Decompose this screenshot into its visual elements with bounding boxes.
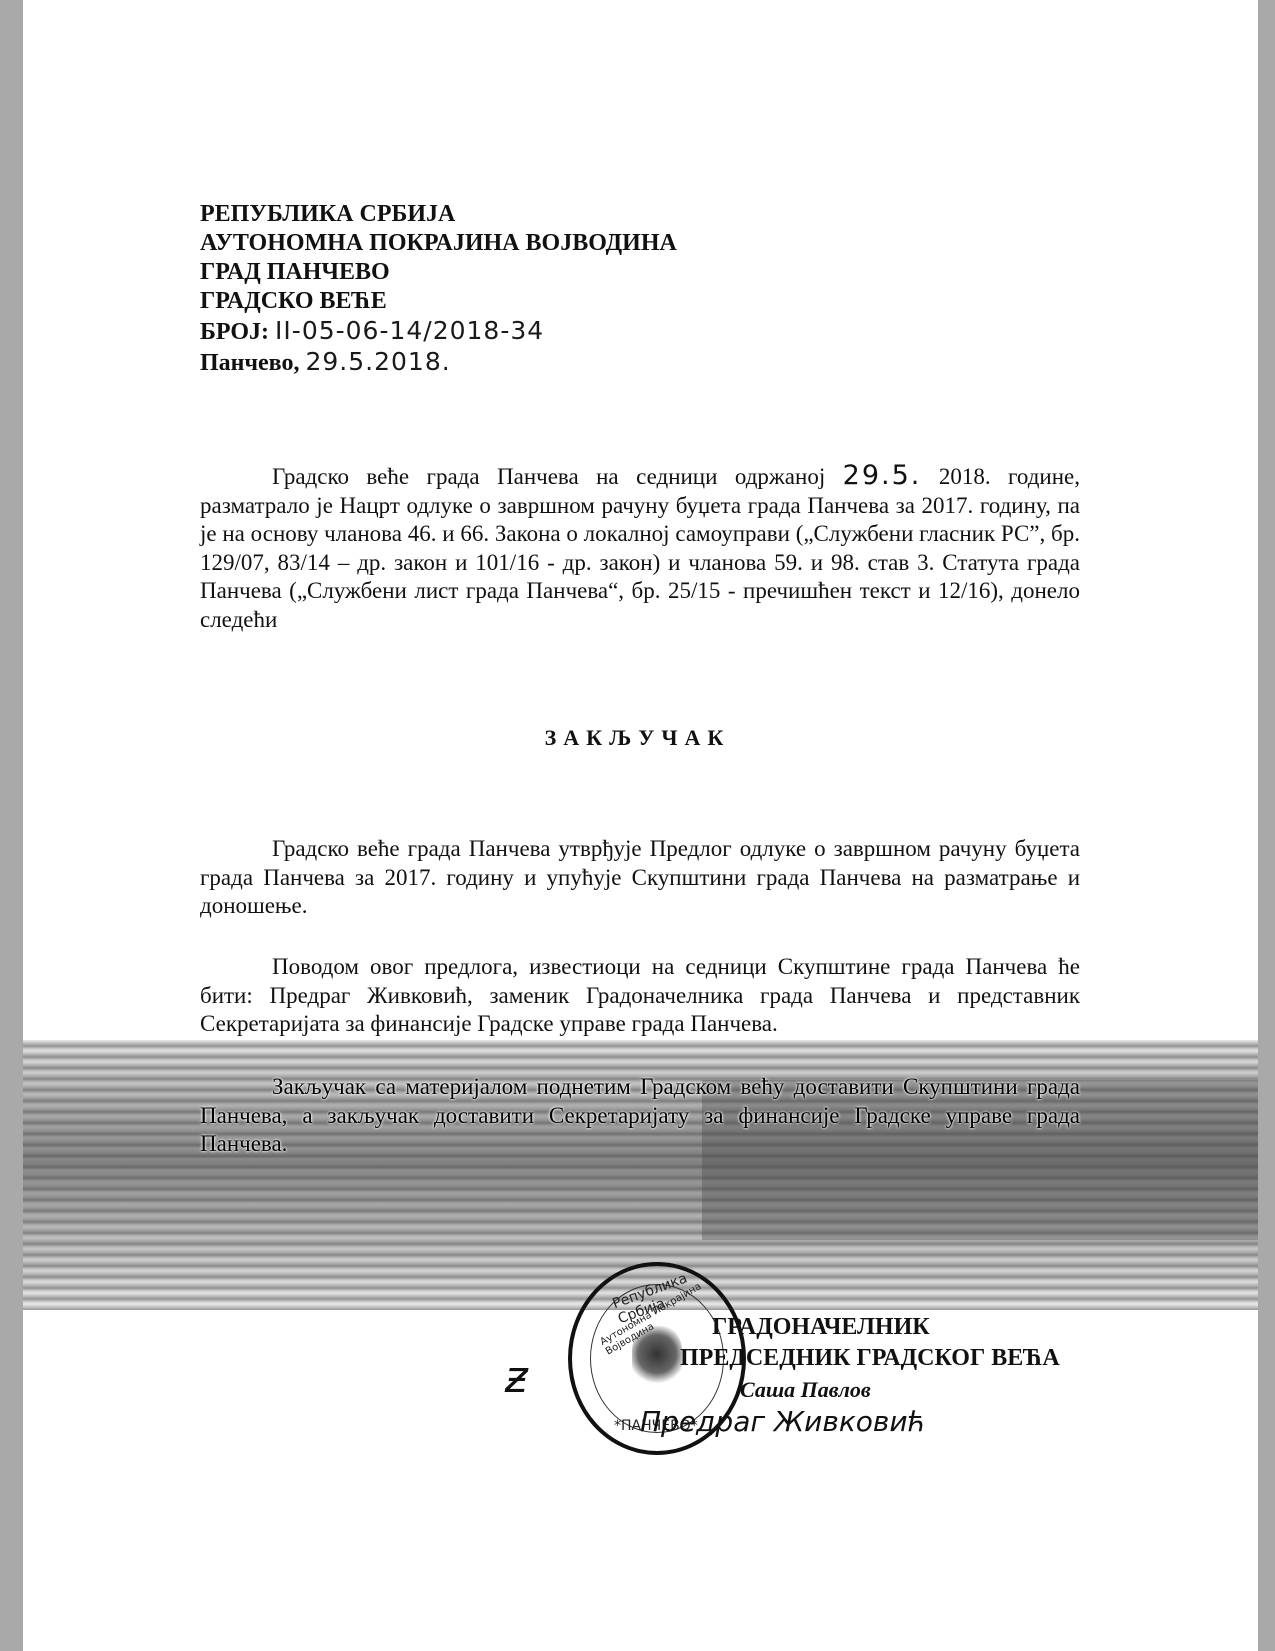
- paragraph-1: Градско веће града Панчева утврђује Пред…: [200, 835, 1080, 921]
- paragraph-3: Закључак са материјалом поднетим Градско…: [200, 1073, 1080, 1159]
- date-value: 29.5.2018.: [305, 347, 450, 376]
- header-republic: РЕПУБЛИКА СРБИЈА: [200, 200, 677, 229]
- document-title: ЗАКЉУЧАК: [0, 725, 1275, 751]
- header-council: ГРАДСКО ВЕЋЕ: [200, 287, 677, 316]
- paragraph-1-text: Градско веће града Панчева утврђује Пред…: [200, 836, 1080, 918]
- intro-after-date: 2018. године, разматрало је Нацрт одлуке…: [200, 464, 1080, 632]
- scan-border-left: [0, 0, 23, 1651]
- paragraph-3-text: Закључак са материјалом поднетим Градско…: [200, 1074, 1080, 1156]
- place-label: Панчево,: [200, 350, 299, 376]
- scan-border-right: [1258, 0, 1275, 1651]
- session-date: 29.5.: [843, 460, 922, 491]
- header-province: АУТОНОМНА ПОКРАЈИНА ВОЈВОДИНА: [200, 229, 677, 258]
- handwritten-signature: Предраг Живковић: [640, 1405, 926, 1438]
- handwritten-initial: ƶ: [505, 1352, 528, 1403]
- signature-block: ГРАДОНАЧЕЛНИК ПРЕДСЕДНИК ГРАДСКОГ ВЕЋА С…: [680, 1312, 1060, 1405]
- intro-paragraph: Градско веће града Панчева на седници од…: [200, 462, 1080, 634]
- number-label: БРОЈ:: [200, 319, 269, 345]
- header-city: ГРАД ПАНЧЕВО: [200, 258, 677, 287]
- header-place-date: Панчево, 29.5.2018.: [200, 347, 677, 378]
- signature-name: Саша Павлов: [680, 1374, 1060, 1405]
- signature-role-president: ПРЕДСЕДНИК ГРАДСКОГ ВЕЋА: [680, 1343, 1060, 1374]
- number-value: II-05-06-14/2018-34: [275, 316, 544, 345]
- signature-role-mayor: ГРАДОНАЧЕЛНИК: [680, 1312, 1060, 1343]
- intro-before-date: Градско веће града Панчева на седници од…: [272, 464, 825, 489]
- paragraph-2: Поводом овог предлога, известиоци на сед…: [200, 953, 1080, 1039]
- paragraph-2-text: Поводом овог предлога, известиоци на сед…: [200, 954, 1080, 1036]
- document-header: РЕПУБЛИКА СРБИЈА АУТОНОМНА ПОКРАЈИНА ВОЈ…: [200, 200, 677, 378]
- header-number: БРОЈ: II-05-06-14/2018-34: [200, 316, 677, 347]
